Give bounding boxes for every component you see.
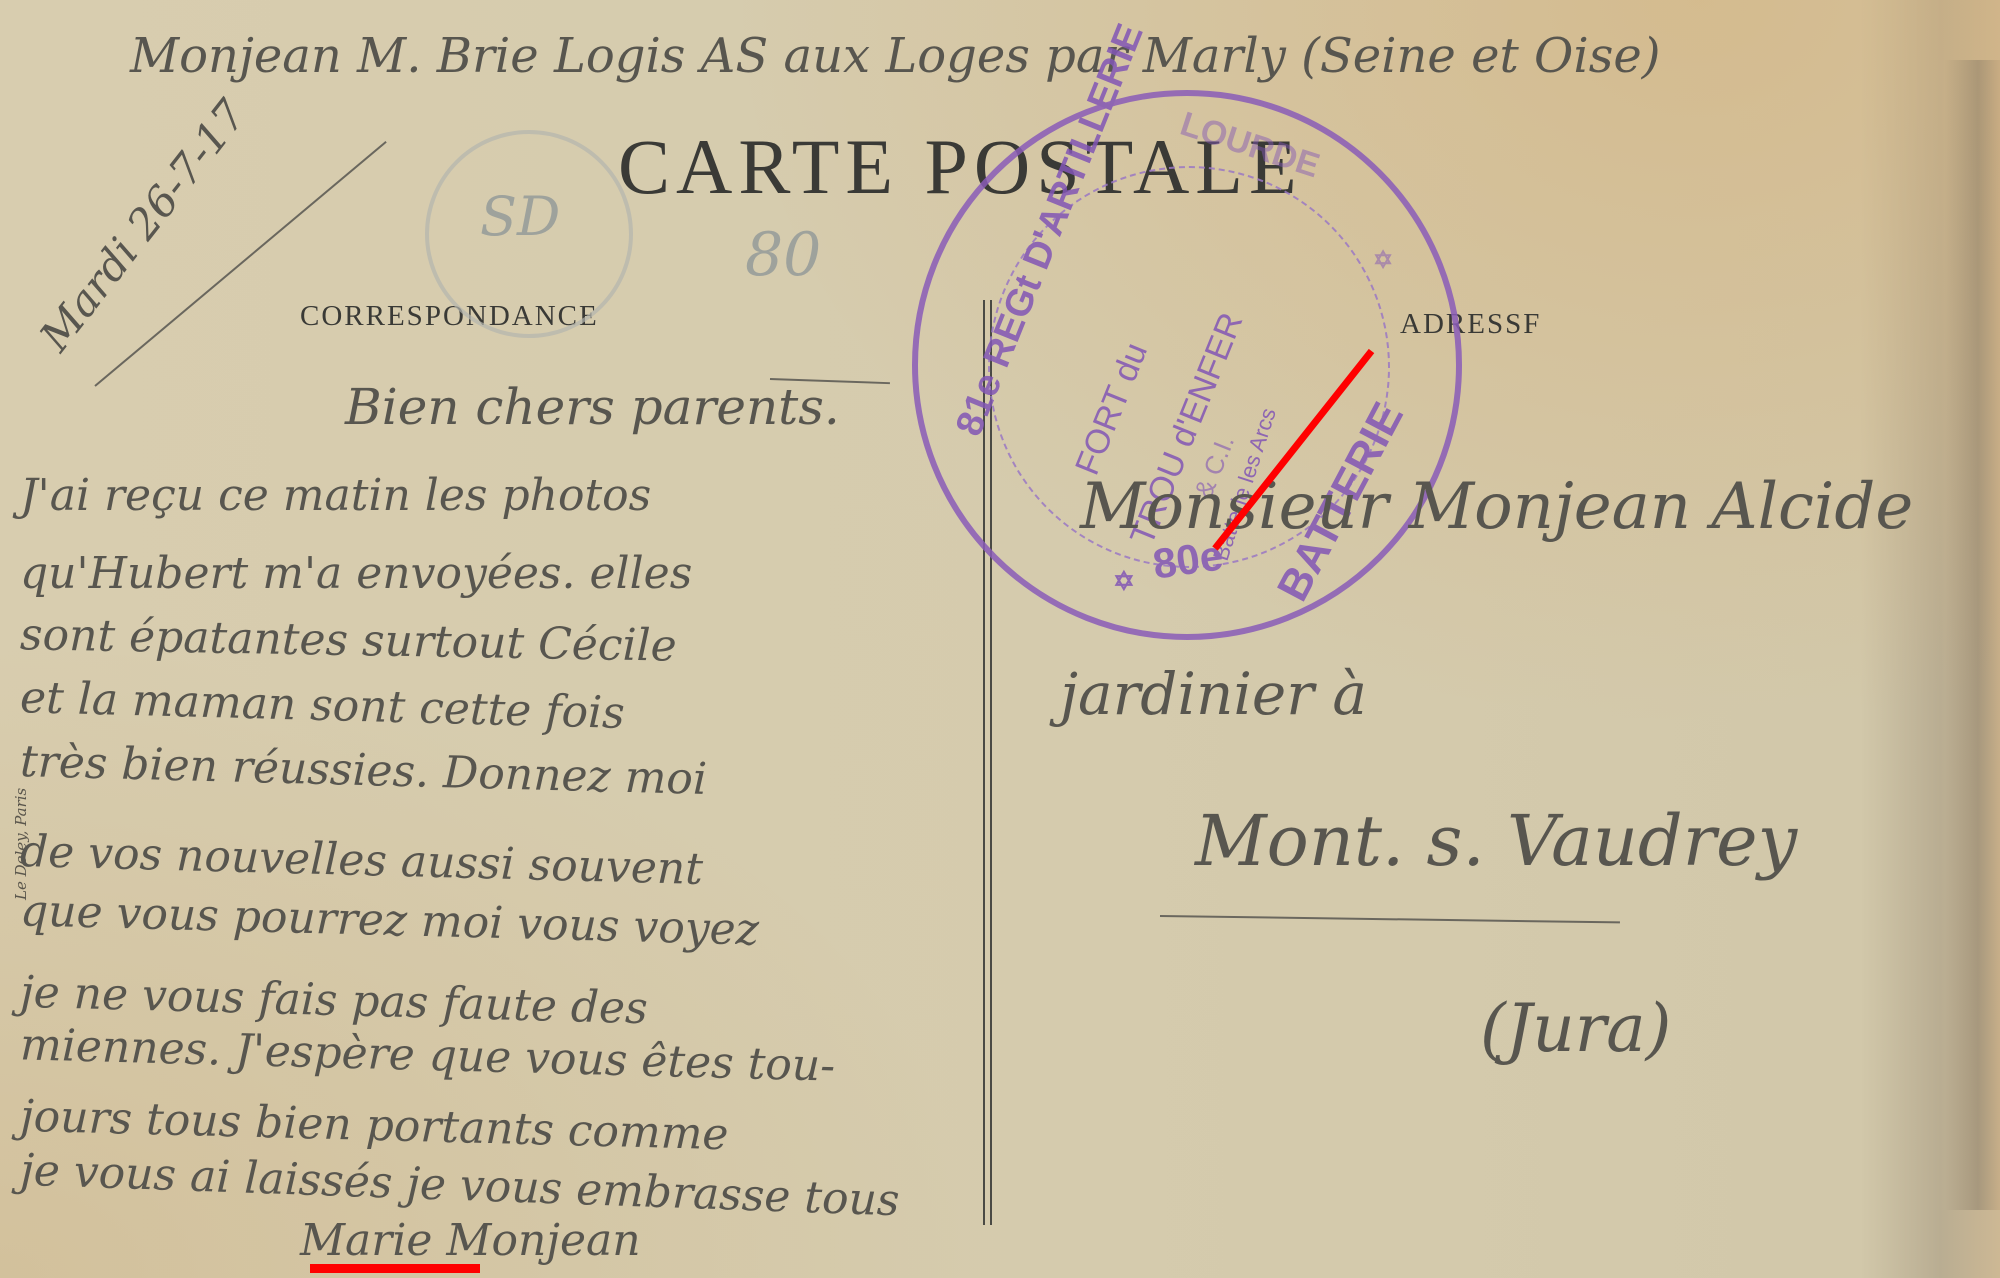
sender-address-line: Monjean M. Brie Logis AS aux Loges par M… bbox=[130, 28, 1661, 84]
letter-line: de vos nouvelles aussi souvent bbox=[19, 826, 703, 895]
pencil-number: 80 bbox=[745, 220, 821, 290]
letter-salutation: Bien chers parents. bbox=[345, 378, 840, 436]
letter-line: et la maman sont cette fois bbox=[19, 672, 625, 739]
paper-edge-shadow bbox=[1945, 60, 2000, 1210]
postcard: CARTE POSTALE CORRESPONDANCE ADRESSF Le … bbox=[0, 0, 2000, 1278]
recipient-occupation: jardinier à bbox=[1060, 660, 1367, 728]
red-highlight-underline bbox=[310, 1264, 480, 1273]
letter-line: J'ai reçu ce matin les photos bbox=[20, 470, 651, 521]
star-icon: ✡ bbox=[1113, 566, 1135, 597]
letter-date: Mardi 26-7-17 bbox=[30, 91, 256, 361]
letter-line: que vous pourrez moi vous voyez bbox=[19, 885, 759, 955]
recipient-town: Mont. s. Vaudrey bbox=[1195, 800, 1797, 882]
letter-line: sont épatantes surtout Cécile bbox=[20, 609, 678, 671]
pencil-circle-mark: SD bbox=[480, 185, 560, 248]
letter-line: très bien réussies. Donnez moi bbox=[19, 736, 707, 805]
address-underline bbox=[1160, 915, 1620, 923]
military-cachet-stamp: 81e REGt D'ARTILLERIE LOURDE BATTERIE 80… bbox=[912, 90, 1462, 640]
star-icon: ✡ bbox=[1373, 246, 1393, 275]
recipient-region: (Jura) bbox=[1480, 990, 1671, 1067]
recipient-name: Monsieur Monjean Alcide bbox=[1080, 470, 1913, 544]
letter-signature: Marie Monjean bbox=[300, 1215, 641, 1266]
letter-line: qu'Hubert m'a envoyées. elles bbox=[20, 548, 692, 599]
letter-line: miennes. J'espère que vous êtes tou- bbox=[19, 1019, 835, 1091]
